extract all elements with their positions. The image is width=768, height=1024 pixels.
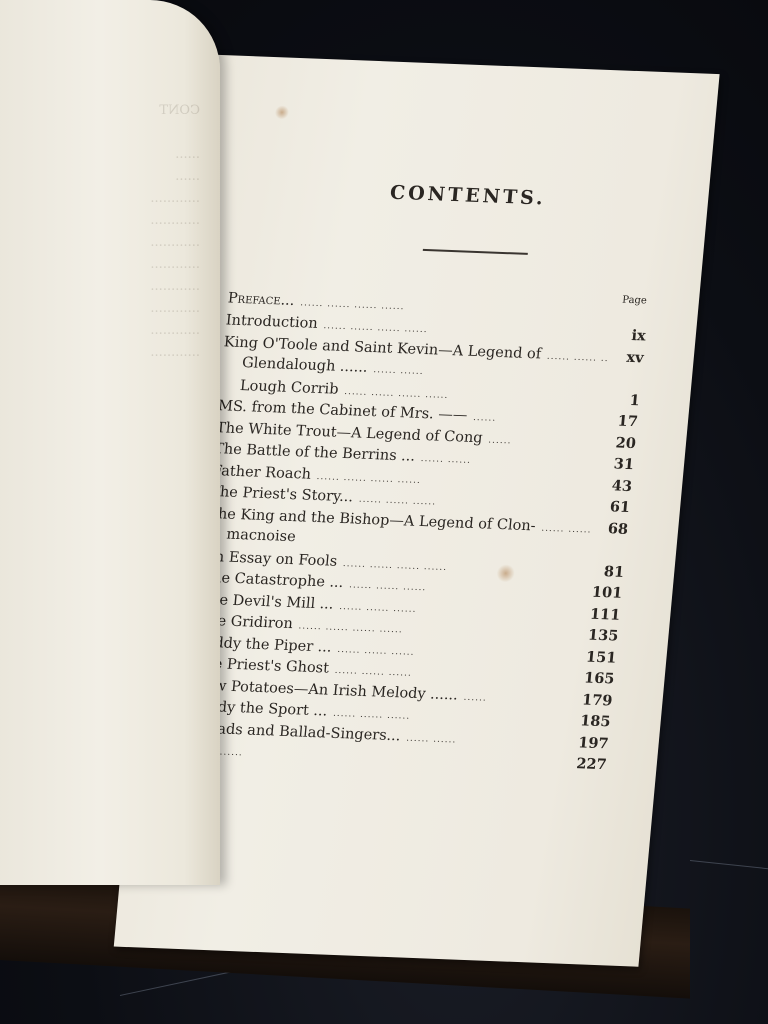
toc-entry-title: Father Roach <box>212 462 312 482</box>
toc-leader-dots: ...... ...... ...... <box>535 523 592 535</box>
toc-entry-page: 61 <box>593 498 631 516</box>
toc-rows: Preface......... ...... ...... ......Int… <box>186 290 649 778</box>
toc-leader-dots: ...... ...... <box>414 454 598 471</box>
toc-entry-title: Preface... <box>227 290 295 309</box>
toc-entry-page: 20 <box>599 433 637 451</box>
toc-entry-page: 165 <box>578 669 616 687</box>
toc-entry-page <box>611 317 647 318</box>
toc-leader-dots: ...... <box>457 692 576 707</box>
toc-entry-title: Introduction <box>225 312 318 331</box>
toc-leader-dots: ...... ...... ...... ...... <box>541 351 608 364</box>
toc-entry-page: 17 <box>601 412 639 430</box>
left-page: CONT....................................… <box>0 0 220 885</box>
toc-entry-page: 101 <box>585 583 623 601</box>
toc-entry-page: 135 <box>582 626 620 644</box>
background-crack <box>690 860 768 869</box>
toc-leader-dots: ...... <box>467 413 602 428</box>
toc-entry-page: 81 <box>587 562 625 580</box>
toc-entry-page: 111 <box>584 605 622 623</box>
toc-entry-page: 1 <box>603 390 641 408</box>
toc-entry-page: 68 <box>591 519 629 537</box>
toc-entry-page: xv <box>607 348 645 366</box>
toc-leader-dots: ...... <box>482 435 600 449</box>
toc-entry-title: The Priest's Story... <box>210 484 354 505</box>
toc-entry-page: 31 <box>597 455 635 473</box>
bleed-through-text: CONT....................................… <box>0 100 200 364</box>
heading-rule <box>423 249 528 255</box>
foxing-spot <box>274 105 289 119</box>
contents-heading: CONTENTS. <box>277 177 659 214</box>
toc-leader-dots <box>295 541 590 552</box>
toc-list: Page Preface......... ...... ...... ....… <box>186 279 650 778</box>
toc-leader-dots: ...... ...... <box>400 733 573 750</box>
toc-leader-dots: ...... ...... <box>367 365 606 384</box>
toc-entry-page: ix <box>609 326 647 344</box>
toc-entry-title: The Catastrophe ... <box>202 570 344 591</box>
toc-entry-page: 185 <box>574 712 612 730</box>
toc-entry-title: An Essay on Fools <box>204 548 338 569</box>
toc-entry-page: 179 <box>576 691 614 709</box>
toc-entry-page: 151 <box>580 648 618 666</box>
toc-entry-page: 197 <box>572 734 610 752</box>
photo-scene: CONTENTS. Page Preface......... ...... .… <box>0 0 768 1024</box>
toc-entry-page: 227 <box>570 755 608 773</box>
toc-entry-title: Lough Corrib <box>219 377 339 398</box>
contents-page: CONTENTS. Page Preface......... ...... .… <box>186 176 659 778</box>
toc-entry-page: 43 <box>595 476 633 494</box>
